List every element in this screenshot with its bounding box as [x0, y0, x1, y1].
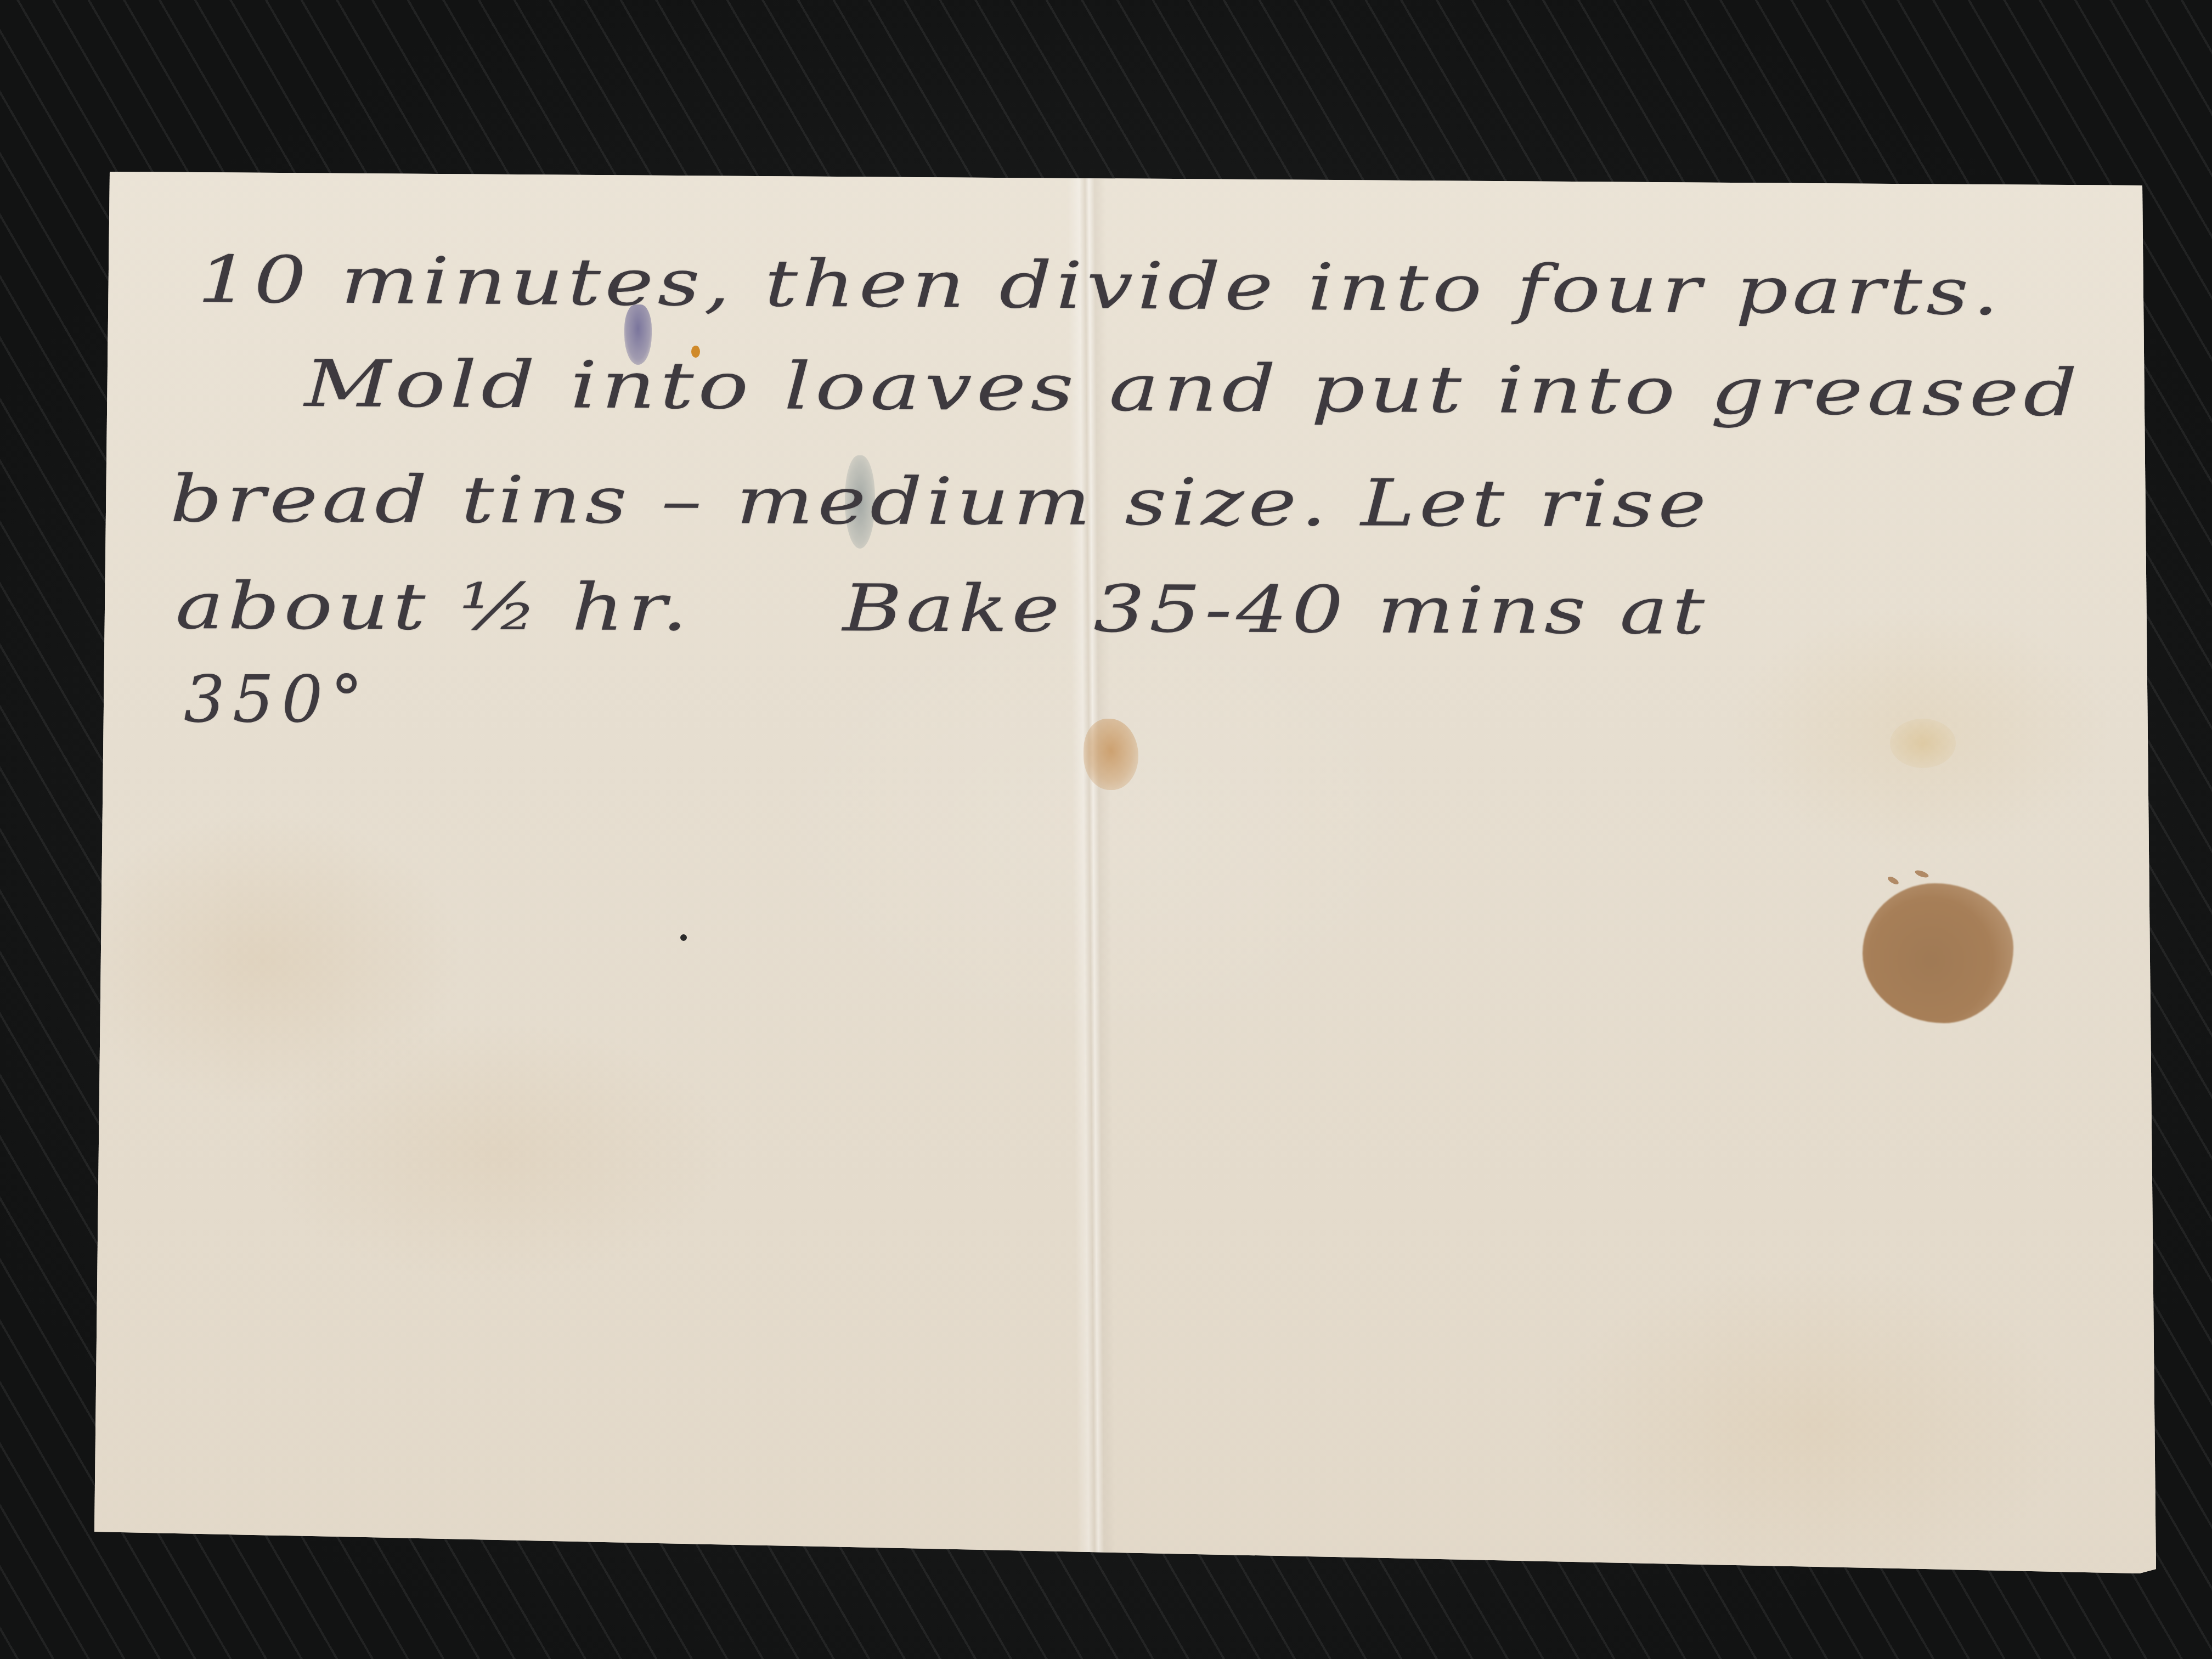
- orange-speck: [691, 346, 700, 358]
- center-fold-crease: [1068, 174, 1116, 1568]
- coffee-splash: [1887, 875, 1900, 886]
- black-speck: [680, 934, 687, 941]
- coffee-splash: [1914, 869, 1929, 879]
- faint-stain: [1890, 719, 1956, 768]
- recipe-card: [0, 0, 2212, 1659]
- purple-ink-blot: [624, 304, 652, 365]
- crease-stain: [1084, 719, 1138, 790]
- coffee-stain: [1863, 883, 2013, 1023]
- gray-water-spot: [845, 455, 875, 549]
